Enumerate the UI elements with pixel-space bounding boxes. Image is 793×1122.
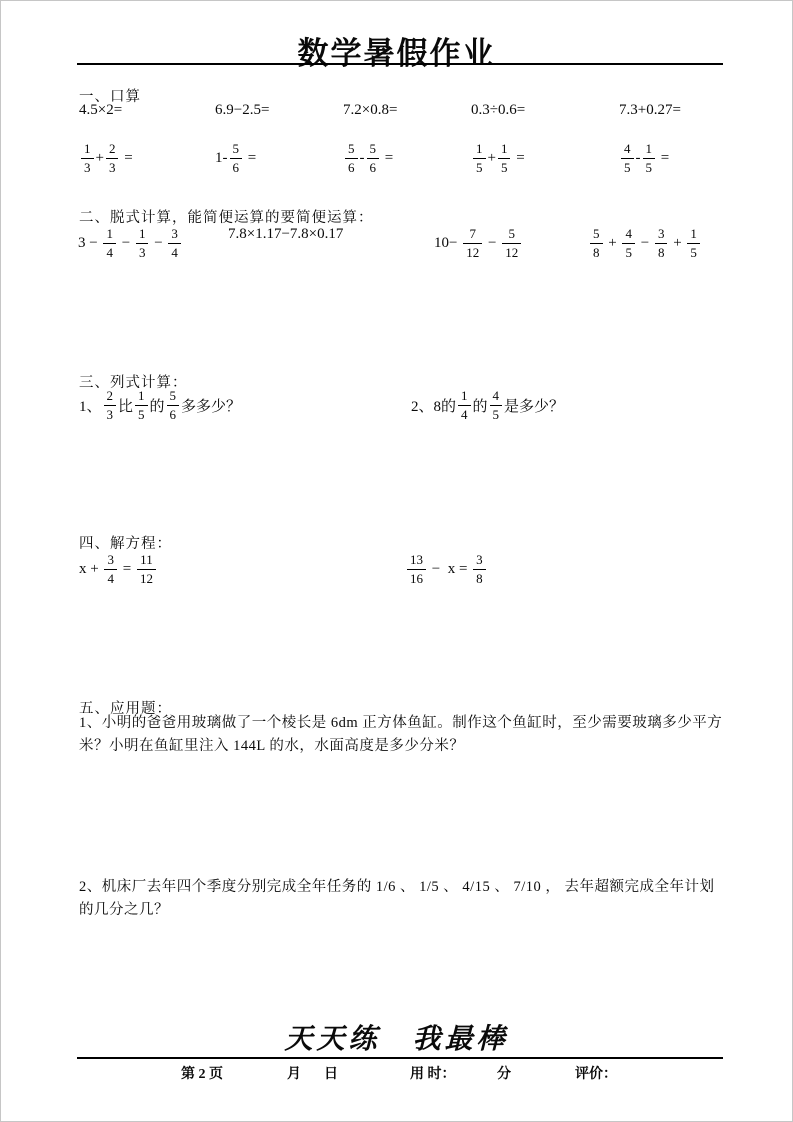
expression-text: + — [96, 150, 104, 167]
oral-problem-5: 7.3+0.27= — [619, 102, 681, 119]
expression-text: = — [512, 150, 524, 167]
fraction: 45 — [490, 388, 503, 422]
fraction: 13 — [136, 226, 149, 260]
fraction: 38 — [655, 226, 668, 260]
section-4-heading: 四、解方程： — [79, 532, 172, 553]
time-used-label: 用 时： — [410, 1063, 456, 1083]
fraction: 56 — [230, 141, 243, 175]
expression-text: 10− — [434, 235, 461, 252]
fraction: 56 — [345, 141, 358, 175]
fraction-denominator: 8 — [590, 244, 603, 261]
fraction-numerator: 4 — [621, 141, 634, 159]
fraction-numerator: 2 — [106, 141, 119, 159]
oral-fraction-problem-2: 1-56 = — [215, 141, 256, 175]
fraction-numerator: 1 — [135, 388, 148, 406]
expression-text: 是多少？ — [504, 395, 564, 416]
fraction-numerator: 2 — [104, 388, 117, 406]
fraction-numerator: 4 — [490, 388, 503, 406]
oral-fraction-problem-3: 56-56 = — [343, 141, 393, 175]
expression-text: − — [637, 235, 653, 252]
fraction-denominator: 5 — [622, 244, 635, 261]
fraction-denominator: 4 — [168, 244, 181, 261]
minutes-label: 分 — [497, 1063, 511, 1083]
fraction-numerator: 1 — [473, 141, 486, 159]
fraction-numerator: 1 — [458, 388, 471, 406]
fraction-denominator: 5 — [687, 244, 700, 261]
stepwise-problem-2: 7.8×1.17−7.8×0.17 — [228, 226, 343, 243]
fraction: 34 — [104, 552, 117, 586]
fraction-denominator: 5 — [621, 159, 634, 176]
stepwise-problem-4: 58 + 45 − 38 + 15 — [588, 226, 702, 260]
fraction: 1316 — [407, 552, 426, 586]
fraction-numerator: 5 — [590, 226, 603, 244]
fraction: 56 — [167, 388, 180, 422]
expression-text: = — [381, 150, 393, 167]
fraction-numerator: 13 — [407, 552, 426, 570]
oral-problem-2: 6.9−2.5= — [215, 102, 269, 119]
fraction-numerator: 5 — [345, 141, 358, 159]
fraction-numerator: 5 — [230, 141, 243, 159]
expression-text: = — [244, 150, 256, 167]
expression-text: 多多少？ — [181, 395, 241, 416]
column-calc-problem-1: 1、23比15的56多多少？ — [79, 388, 241, 422]
fraction-numerator: 1 — [643, 141, 656, 159]
expression-text: + — [605, 235, 621, 252]
fraction-denominator: 8 — [655, 244, 668, 261]
expression-text: 7.8×1.17−7.8×0.17 — [228, 226, 343, 243]
oral-fraction-problem-4: 15+15 = — [471, 141, 525, 175]
fraction-denominator: 5 — [473, 159, 486, 176]
fraction: 15 — [643, 141, 656, 175]
fraction-numerator: 1 — [687, 226, 700, 244]
expression-text: - — [636, 150, 641, 167]
fraction-numerator: 3 — [655, 226, 668, 244]
fraction: 58 — [590, 226, 603, 260]
fraction-denominator: 5 — [643, 159, 656, 176]
expression-text: − — [118, 235, 134, 252]
column-calc-problem-2: 2、8的14的45是多少？ — [411, 388, 564, 422]
word-problem-1: 1、小明的爸爸用玻璃做了一个棱长是 6dm 正方体鱼缸。制作这个鱼缸时，至少需要… — [79, 712, 725, 758]
expression-text: 比 — [118, 395, 133, 416]
fraction-numerator: 1 — [498, 141, 511, 159]
fraction-denominator: 8 — [473, 570, 486, 587]
fraction: 512 — [502, 226, 521, 260]
equation-problem-1: x + 34 = 1112 — [79, 552, 158, 586]
fraction-denominator: 12 — [502, 244, 521, 261]
oral-problem-4: 0.3÷0.6= — [471, 102, 525, 119]
fraction-denominator: 6 — [230, 159, 243, 176]
stepwise-problem-1: 3 − 14 − 13 − 34 — [78, 226, 183, 260]
fraction: 45 — [621, 141, 634, 175]
fraction-numerator: 7 — [463, 226, 482, 244]
expression-text: 3 − — [78, 235, 101, 252]
expression-text: - — [360, 150, 365, 167]
fraction-denominator: 6 — [367, 159, 380, 176]
fraction-denominator: 3 — [81, 159, 94, 176]
fraction-numerator: 5 — [502, 226, 521, 244]
fraction: 15 — [135, 388, 148, 422]
fraction: 712 — [463, 226, 482, 260]
oral-problem-1: 4.5×2= — [79, 102, 122, 119]
fraction-denominator: 3 — [106, 159, 119, 176]
fraction-numerator: 5 — [167, 388, 180, 406]
fraction: 15 — [473, 141, 486, 175]
fraction-denominator: 5 — [135, 406, 148, 423]
expression-text: 的 — [150, 395, 165, 416]
fraction: 15 — [687, 226, 700, 260]
oral-problem-3: 7.2×0.8= — [343, 102, 397, 119]
section-2-heading: 二、脱式计算，能简便运算的要简便运算： — [79, 206, 374, 227]
expression-text: = — [120, 150, 132, 167]
fraction-denominator: 16 — [407, 570, 426, 587]
fraction: 34 — [168, 226, 181, 260]
fraction-denominator: 6 — [345, 159, 358, 176]
expression-text: + — [669, 235, 685, 252]
expression-text: 1- — [215, 150, 228, 167]
expression-text: = — [119, 561, 135, 578]
fraction: 23 — [106, 141, 119, 175]
fraction: 15 — [498, 141, 511, 175]
fraction-numerator: 3 — [473, 552, 486, 570]
fraction-denominator: 5 — [490, 406, 503, 423]
fraction: 38 — [473, 552, 486, 586]
fraction: 23 — [104, 388, 117, 422]
rating-label: 评价： — [575, 1063, 617, 1083]
footer-slogan: 天天练 我最棒 — [1, 1017, 792, 1057]
page-number-label: 第 2 页 — [181, 1063, 223, 1083]
expression-text: − — [484, 235, 500, 252]
title-divider — [77, 63, 723, 65]
fraction: 14 — [103, 226, 116, 260]
oral-fraction-problem-1: 13+23 = — [79, 141, 133, 175]
footer-divider — [77, 1057, 723, 1059]
fraction-denominator: 3 — [104, 406, 117, 423]
expression-text: + — [488, 150, 496, 167]
fraction-numerator: 3 — [168, 226, 181, 244]
fraction-denominator: 6 — [167, 406, 180, 423]
fraction: 14 — [458, 388, 471, 422]
fraction-denominator: 4 — [103, 244, 116, 261]
worksheet-page: 数学暑假作业 一、口算 4.5×2= 6.9−2.5= 7.2×0.8= 0.3… — [0, 0, 793, 1122]
fraction-denominator: 12 — [463, 244, 482, 261]
expression-text: = — [657, 150, 669, 167]
fraction: 1112 — [137, 552, 156, 586]
fraction-denominator: 3 — [136, 244, 149, 261]
expression-text: 1、 — [79, 395, 102, 416]
fraction-denominator: 4 — [458, 406, 471, 423]
oral-fraction-problem-5: 45-15 = — [619, 141, 669, 175]
stepwise-problem-3: 10− 712 − 512 — [434, 226, 523, 260]
fraction-numerator: 1 — [136, 226, 149, 244]
month-label: 月 — [287, 1063, 301, 1083]
fraction-numerator: 5 — [367, 141, 380, 159]
fraction-numerator: 3 — [104, 552, 117, 570]
fraction-numerator: 1 — [81, 141, 94, 159]
fraction-numerator: 4 — [622, 226, 635, 244]
worksheet-title: 数学暑假作业 — [1, 28, 792, 73]
expression-text: − x = — [428, 561, 471, 578]
expression-text: 2、8的 — [411, 395, 456, 416]
expression-text: 的 — [473, 395, 488, 416]
fraction-numerator: 1 — [103, 226, 116, 244]
word-problem-2: 2、机床厂去年四个季度分别完成全年任务的 1/6 、 1/5 、 4/15 、 … — [79, 876, 725, 922]
fraction-numerator: 11 — [137, 552, 156, 570]
fraction: 13 — [81, 141, 94, 175]
expression-text: x + — [79, 561, 102, 578]
fraction: 56 — [367, 141, 380, 175]
day-label: 日 — [324, 1063, 338, 1083]
fraction-denominator: 12 — [137, 570, 156, 587]
expression-text: − — [150, 235, 166, 252]
equation-problem-2: 1316 − x = 38 — [405, 552, 488, 586]
fraction: 45 — [622, 226, 635, 260]
fraction-denominator: 4 — [104, 570, 117, 587]
fraction-denominator: 5 — [498, 159, 511, 176]
